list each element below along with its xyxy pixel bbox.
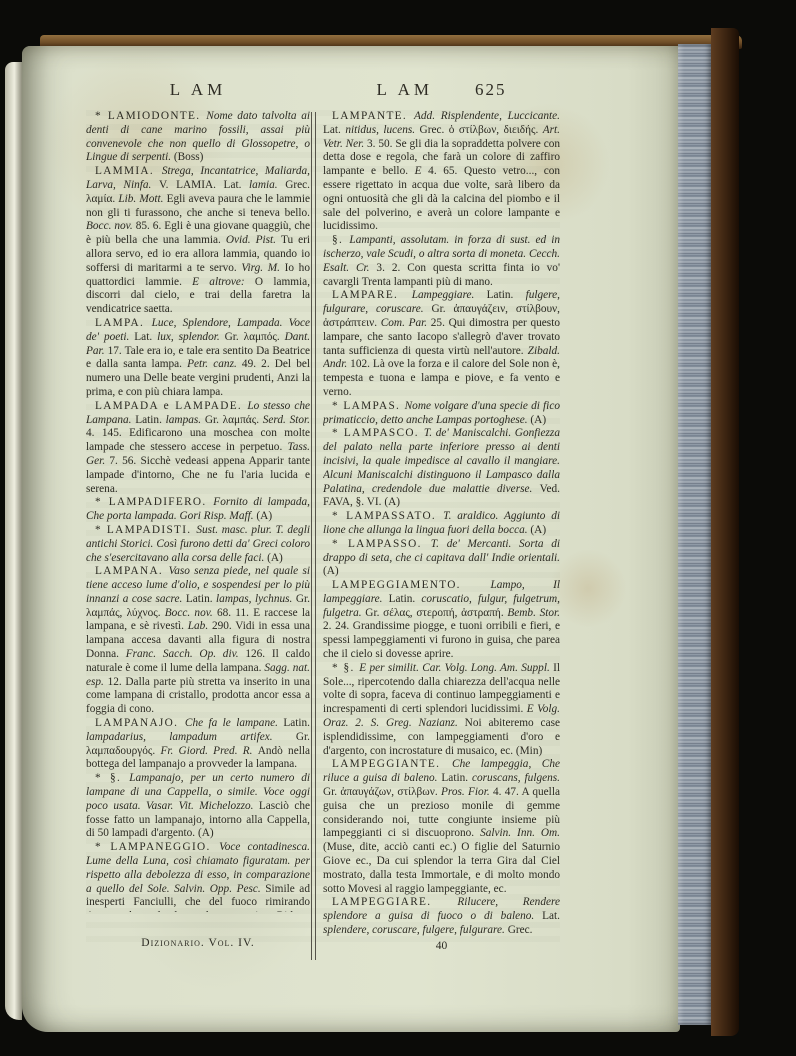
entry-text-segment: Serd. Stor. xyxy=(263,414,310,426)
dictionary-entry: * LAMIODONTE. Nome dato talvolta ai dent… xyxy=(86,110,310,165)
entry-text-segment: Petr. canz. xyxy=(187,358,242,370)
entry-text-segment: Com. Par. xyxy=(381,317,431,329)
entry-text-segment: Lat. xyxy=(134,331,157,343)
dictionary-entry: * LAMPADIFERO. Fornito di lampada, Che p… xyxy=(86,496,310,524)
entry-text-segment: Gr. λαμπός. xyxy=(225,331,285,343)
entry-text-segment: Bemb. Stor. xyxy=(507,607,560,619)
dictionary-entry: * LAMPANEGGIO. Voce contadinesca. Lume d… xyxy=(86,841,310,912)
entry-text-segment: Gr. σέλας, στεροπή, ἀστραπή. xyxy=(365,607,507,619)
entry-text-segment: Lampeggiare. xyxy=(412,289,487,301)
entry-text-segment: Latin. xyxy=(186,593,216,605)
dictionary-entry: LAMPEGGIAMENTO. Lampo, Il lampeggiare. L… xyxy=(323,579,560,662)
entry-text-segment: Virg. M. xyxy=(241,262,284,274)
running-head-right: L AM 625 xyxy=(323,80,560,102)
entry-text-segment: Bocc. nov. xyxy=(165,607,217,619)
entry-text-segment: Grec. ὁ στίλβων, διειδής. xyxy=(420,124,543,136)
book-fore-edge-pages xyxy=(678,44,713,1025)
dictionary-entry: * LAMPASSO. T. de' Mercanti. Sorta di dr… xyxy=(323,538,560,579)
entry-text-segment: Fr. Giord. Pred. R. xyxy=(160,745,257,757)
entry-text-segment: E altrove: xyxy=(192,276,255,288)
entry-text-segment: lamia. xyxy=(249,179,285,191)
entry-text-segment: (Boss) xyxy=(174,151,204,163)
entry-headword: LAMPEGGIARE. xyxy=(332,896,457,908)
entry-headword: * LAMPANEGGIO. xyxy=(95,841,219,853)
entry-text-segment: lampas, lychnus. xyxy=(216,593,296,605)
entry-headword: * §. xyxy=(332,662,359,674)
column-divider-rule xyxy=(311,112,316,960)
entry-headword: * LAMPAS. xyxy=(332,400,405,412)
entry-text-segment: Lib. Mott. xyxy=(118,193,166,205)
dictionary-page: L AM L AM 625 * LAMIODONTE. Nome dato ta… xyxy=(22,46,680,1032)
entry-headword: * LAMPADIFERO. xyxy=(95,496,213,508)
dictionary-entry: LAMPEGGIANTE. Che lampeggia, Che riluce … xyxy=(323,758,560,896)
entry-text-segment: 4. 145. Edificarono una moschea con molt… xyxy=(86,427,310,453)
entry-text-segment: Bocc. nov. xyxy=(86,220,136,232)
entry-headword: * LAMPASCO. xyxy=(332,427,424,439)
dictionary-entry: * LAMPASSATO. T. araldico. Aggiunto di l… xyxy=(323,510,560,538)
entry-text-segment: Latin. xyxy=(487,289,526,301)
entry-text-segment: Ovid. Pist. xyxy=(226,234,281,246)
entry-headword: LAMPADA e LAMPADE. xyxy=(95,400,247,412)
entry-text-segment: Grec. xyxy=(508,924,533,936)
dictionary-entry: * LAMPADISTI. Sust. masc. plur. T. degli… xyxy=(86,524,310,565)
dictionary-entry: * LAMPASCO. T. de' Maniscalchi. Gonfiezz… xyxy=(323,427,560,510)
book-cover-edge xyxy=(711,28,739,1036)
entry-text-segment: Pros. Fior. xyxy=(441,786,493,798)
entry-text-segment: E per similit. Car. Volg. Long. Am. Supp… xyxy=(359,662,553,674)
entry-text-segment: splendere, coruscare, fulgere, fulgurare… xyxy=(323,924,508,936)
entry-text-segment: Gr. λαμπάς. xyxy=(205,414,263,426)
entry-headword: LAMPANTE. xyxy=(332,110,414,122)
signature-mark: 40 xyxy=(323,940,560,952)
entry-text-segment: Lat. xyxy=(542,910,560,922)
page-number: 625 xyxy=(475,80,507,100)
entry-text-segment: Latin. xyxy=(135,414,165,426)
entry-text-segment: coruscans, fulgens. xyxy=(472,772,560,784)
entry-headword: * LAMIODONTE. xyxy=(95,110,206,122)
entry-text-segment: 2. 24. Grandissime piogge, e tuoni orrib… xyxy=(323,620,560,660)
entry-headword: LAMPEGGIAMENTO. xyxy=(332,579,491,591)
dictionary-entry: * §. Lampanajo, per un certo numero di l… xyxy=(86,772,310,841)
entry-headword: LAMPARE. xyxy=(332,289,412,301)
entry-headword: * LAMPASSATO. xyxy=(332,510,443,522)
entry-headword: LAMPANA. xyxy=(95,565,169,577)
entry-text-segment: (A) xyxy=(323,565,339,577)
running-head-title: L AM xyxy=(377,80,433,100)
entry-text-segment: nitidus, lucens. xyxy=(345,124,419,136)
entry-headword: LAMPEGGIANTE. xyxy=(332,758,452,770)
dictionary-entry: * LAMPAS. Nome volgare d'una specie di f… xyxy=(323,400,560,428)
entry-headword: * LAMPASSO. xyxy=(332,538,431,550)
entry-text-segment: Add. Risplendente, Luccicante. xyxy=(414,110,560,122)
entry-text-segment: Latin. xyxy=(283,717,310,729)
entry-text-segment: (A) xyxy=(267,552,283,564)
dictionary-entry: LAMPANAJO. Che fa le lampane. Latin. lam… xyxy=(86,717,310,772)
entry-headword: * LAMPADISTI. xyxy=(95,524,196,536)
entry-headword: §. xyxy=(332,234,349,246)
entry-text-segment: Che fa le lampane. xyxy=(185,717,283,729)
facing-page-edge xyxy=(5,62,22,1020)
entry-text-segment: (A) xyxy=(530,524,546,536)
dictionary-entry: LAMMIA. Strega, Incantatrice, Maliarda, … xyxy=(86,165,310,317)
entry-text-segment: Latin. xyxy=(389,593,422,605)
scanned-book-page: L AM L AM 625 * LAMIODONTE. Nome dato ta… xyxy=(0,0,796,1056)
dictionary-entry: * §. E per similit. Car. Volg. Long. Am.… xyxy=(323,662,560,759)
entry-headword: LAMPANAJO. xyxy=(95,717,185,729)
entry-text-segment: 7. 56. Sicchè vedeasi appena Apparir tan… xyxy=(86,455,310,495)
entry-text-segment: 12. Dalla parte più stretta va inserito … xyxy=(86,676,310,716)
dictionary-entry: LAMPARE. Lampeggiare. Latin. fulgere, fu… xyxy=(323,289,560,399)
text-column-right: LAMPANTE. Add. Risplendente, Luccicante.… xyxy=(323,110,560,990)
entry-text-segment: lampas. xyxy=(166,414,205,426)
entry-text-segment: E xyxy=(415,165,429,177)
text-column-left: * LAMIODONTE. Nome dato talvolta ai dent… xyxy=(86,110,310,912)
entry-text-segment: (A) xyxy=(256,510,272,522)
entry-text-segment: (Muse, dite, acciò canti ec.) O figlie d… xyxy=(323,841,560,894)
entry-headword: LAMMIA. xyxy=(95,165,162,177)
entry-text-segment: 102. Là ove la forza e il calore del Sol… xyxy=(323,358,560,398)
dictionary-entry: LAMPANA. Vaso senza piede, nel quale si … xyxy=(86,565,310,717)
entry-text-segment: lampadarius, lampadum artifex. xyxy=(86,731,296,743)
entry-text-segment: Lat. xyxy=(323,124,345,136)
volume-imprint: Dizionario. Vol. IV. xyxy=(86,937,310,949)
dictionary-entry: LAMPEGGIARE. Rilucere, Rendere splendore… xyxy=(323,896,560,937)
entry-text-segment: Latin. xyxy=(441,772,472,784)
entry-text-segment: Salvin. Inn. Om. xyxy=(480,827,560,839)
dictionary-entry: LAMPA. Luce, Splendore, Lampada. Voce de… xyxy=(86,317,310,400)
entry-text-segment: Franc. Sacch. Op. div. xyxy=(126,648,246,660)
dictionary-entry: §. Lampanti, assolutam. in forza di sust… xyxy=(323,234,560,289)
running-head-left: L AM xyxy=(86,80,310,102)
entry-text-segment: lux, splendor. xyxy=(157,331,225,343)
dictionary-entry: LAMPANTE. Add. Risplendente, Luccicante.… xyxy=(323,110,560,234)
dictionary-entry: LAMPADA e LAMPADE. Lo stesso che Lampana… xyxy=(86,400,310,497)
entry-text-segment: Lab. xyxy=(188,620,212,632)
entry-headword: LAMPA. xyxy=(95,317,152,329)
entry-text-segment: V. LAMIA. Lat. xyxy=(159,179,249,191)
entry-text-segment: (A) xyxy=(530,414,546,426)
entry-headword: * §. xyxy=(95,772,129,784)
entry-text-segment: Gr. ἀπαυγάζων, στίλβων. xyxy=(323,786,441,798)
